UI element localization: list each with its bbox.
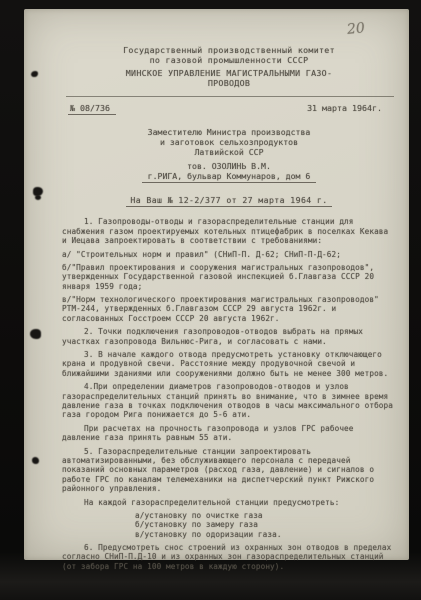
- org-department-line: ПРОВОДОВ: [62, 79, 396, 89]
- scan-background: 20 Государственный производственный коми…: [0, 0, 421, 600]
- ink-blot-mark: [35, 195, 41, 200]
- horizontal-rule: [66, 96, 394, 97]
- document-page: 20 Государственный производственный коми…: [24, 9, 409, 560]
- body-list-item: а/установку по очистке газа: [135, 511, 396, 520]
- body-paragraph: 1. Газопроводы-отводы и газораспределите…: [62, 217, 396, 245]
- body-paragraph: б/"Правил проектирования и сооружения ма…: [62, 263, 396, 291]
- body-paragraph: На каждой газораспределительной станции …: [62, 498, 396, 507]
- recipient-block: Заместителю Министра производства и заго…: [62, 128, 396, 183]
- body-paragraph: 4.При определении диаметров газопроводов…: [62, 382, 396, 420]
- recipient-address: г.РИГА, бульвар Коммунаров, дом 6: [142, 172, 317, 184]
- hole-punch-mark: [31, 71, 38, 77]
- document-number: № 08/736: [68, 103, 116, 115]
- letter-body: 1. Газопроводы-отводы и газораспределите…: [62, 217, 396, 571]
- body-paragraph: При расчетах на прочность газопровода и …: [62, 424, 396, 443]
- document-date: 31 марта 1964г.: [307, 103, 382, 113]
- recipient-title-line: Латвийской ССР: [62, 148, 396, 158]
- hole-punch-mark: [30, 329, 41, 339]
- hole-punch-mark: [32, 457, 39, 464]
- body-paragraph: 5. Газораспределительные станции запроек…: [62, 447, 396, 494]
- reference-text: На Ваш № 12-2/377 от 27 марта 1964 г.: [126, 195, 331, 207]
- body-paragraph: 6. Предусмотреть снос строений из охранн…: [62, 543, 396, 571]
- reference-line: На Ваш № 12-2/377 от 27 марта 1964 г.: [62, 195, 396, 207]
- body-paragraph: а/ "Строительных норм и правил" (СНиП-П.…: [62, 250, 396, 259]
- body-paragraph: в/"Норм технологического проектирования …: [62, 295, 396, 323]
- page-number-handwritten: 20: [346, 20, 365, 38]
- org-name-line: по газовой промышленности СССР: [62, 56, 396, 66]
- body-paragraph: 2. Точки подключения газопроводов-отводо…: [62, 327, 396, 346]
- number-date-row: № 08/736 31 марта 1964г.: [62, 103, 396, 115]
- body-paragraph: 3. В начале каждого отвода предусмотреть…: [62, 350, 396, 378]
- body-list-item: б/установку по замеру газа: [135, 520, 396, 529]
- org-header: Государственный производственный комитет…: [62, 46, 396, 88]
- body-list-item: в/установку по одоризации газа.: [135, 530, 396, 539]
